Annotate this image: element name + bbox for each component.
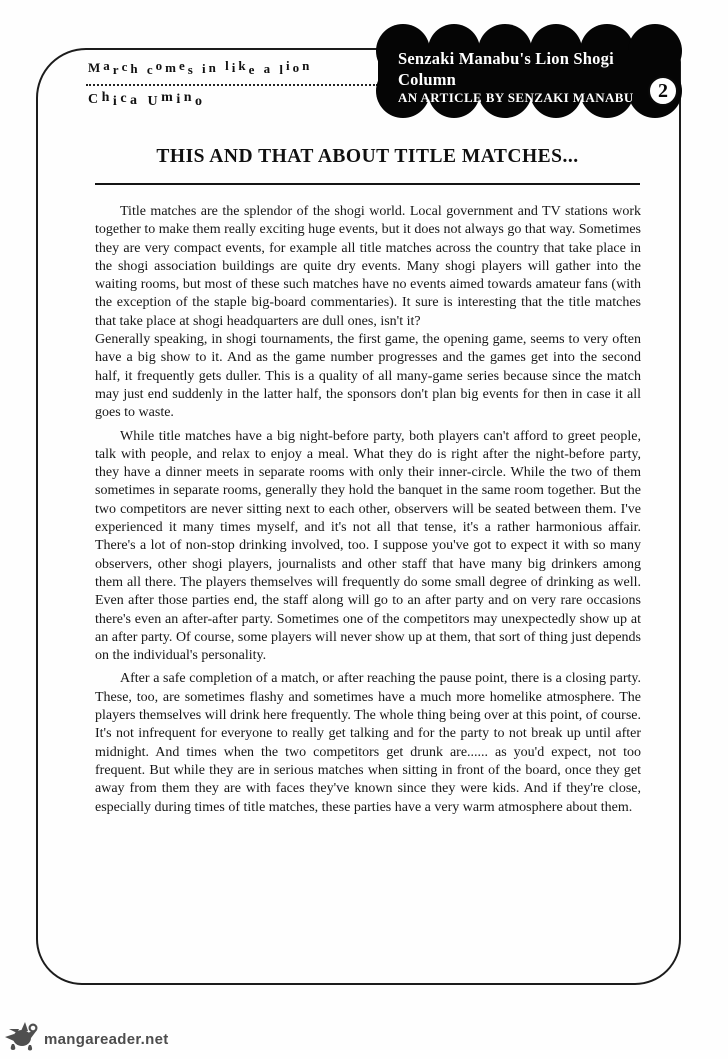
article-title-underline [95,183,640,185]
badge-text-block: Senzaki Manabu's Lion Shogi Column AN AR… [398,48,668,106]
page-number-badge: 2 [648,76,678,106]
column-title: Senzaki Manabu's Lion Shogi Column [398,48,668,90]
paragraph-1: Title matches are the splendor of the sh… [95,203,641,331]
paragraph-2: Generally speaking, in shogi tournaments… [95,331,641,422]
article-title: THIS AND THAT ABOUT TITLE MATCHES... [95,146,640,168]
paragraph-3: While title matches have a big night-bef… [95,428,641,666]
article-body: Title matches are the splendor of the sh… [95,203,641,817]
manga-page-scan[interactable]: March comes in like a lion Chica Umino [0,0,728,1059]
header-dotted-divider [86,80,378,86]
paragraph-4: After a safe completion of a match, or a… [95,670,641,816]
series-title: March comes in like a lion [88,60,388,76]
watermark: mangareader.net [5,1020,169,1054]
column-badge: Senzaki Manabu's Lion Shogi Column AN AR… [376,24,682,118]
watermark-text: mangareader.net [44,1027,169,1048]
mangareader-logo-icon [5,1021,41,1053]
author-name: Chica Umino [88,92,338,108]
column-subtitle: AN ARTICLE BY SENZAKI MANABU [398,90,668,106]
